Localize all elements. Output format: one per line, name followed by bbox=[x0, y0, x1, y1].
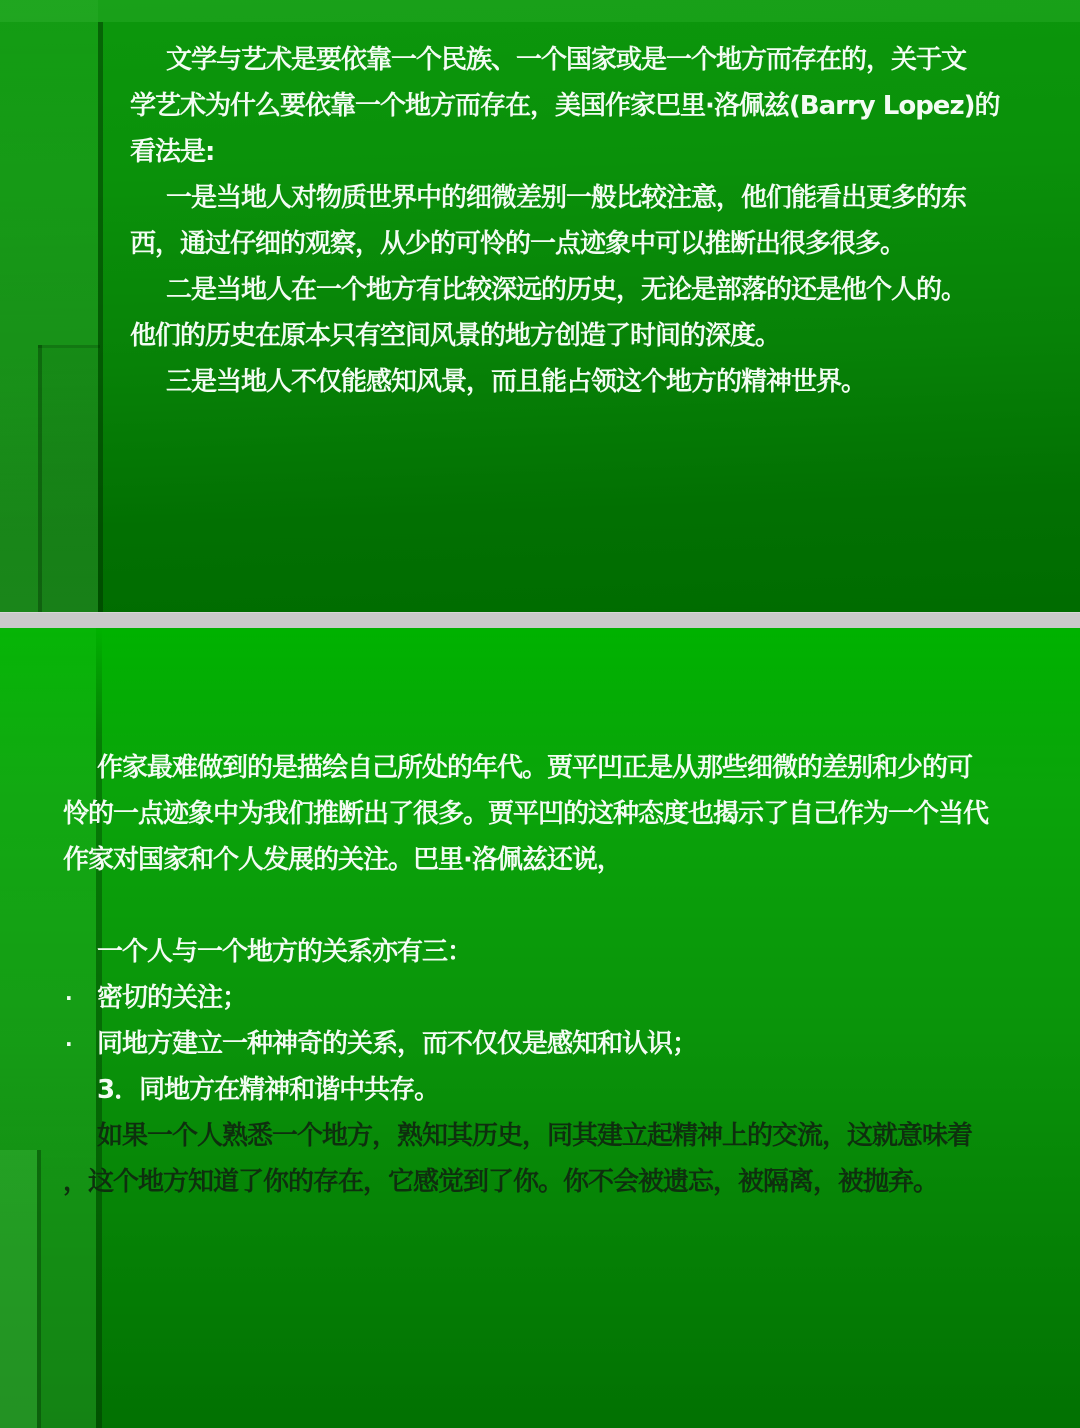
text-line: 三是当地人不仅能感知风景，而且能占领这个地方的精神世界。 bbox=[130, 359, 985, 405]
text-line: 作家对国家和个人发展的关注。巴里·洛佩兹还说， bbox=[63, 837, 995, 883]
bullet-item: · 同地方建立一种神奇的关系，而不仅仅是感知和认识； bbox=[63, 1021, 995, 1067]
text-line: 西，通过仔细的观察，从少的可怜的一点迹象中可以推断出很多很多。 bbox=[130, 221, 985, 267]
text-line: 一个人与一个地方的关系亦有三： bbox=[63, 929, 995, 975]
text-line: 他们的历史在原本只有空间风景的地方创造了时间的深度。 bbox=[130, 313, 985, 359]
slide-bottom: 作家最难做到的是描绘自己所处的年代。贾平凹正是从那些细微的差别和少的可 怜的一点… bbox=[0, 628, 1080, 1428]
bullet-item: · 密切的关注； bbox=[63, 975, 995, 1021]
text-line: 3．同地方在精神和谐中共存。 bbox=[63, 1067, 995, 1113]
bullet-text: 同地方建立一种神奇的关系，而不仅仅是感知和认识； bbox=[97, 1021, 697, 1067]
slides-view[interactable]: 文学与艺术是要依靠一个民族、一个国家或是一个地方而存在的，关于文 学艺术为什么要… bbox=[0, 0, 1080, 1428]
text-line: 一是当地人对物质世界中的细微差别一般比较注意，他们能看出更多的东 bbox=[130, 175, 985, 221]
text-line: 二是当地人在一个地方有比较深远的历史，无论是部落的还是他个人的。 bbox=[130, 267, 985, 313]
bullet-text: 密切的关注； bbox=[97, 975, 247, 1021]
text-line: 学艺术为什么要依靠一个地方而存在，美国作家巴里·洛佩兹(Barry Lopez)… bbox=[130, 83, 985, 129]
text-line: 怜的一点迹象中为我们推断出了很多。贾平凹的这种态度也揭示了自己作为一个当代 bbox=[63, 791, 995, 837]
blank-line bbox=[63, 883, 995, 929]
slide-top: 文学与艺术是要依靠一个民族、一个国家或是一个地方而存在的，关于文 学艺术为什么要… bbox=[0, 0, 1080, 612]
text-line: 看法是: bbox=[130, 129, 985, 175]
bullet-icon: · bbox=[63, 1021, 97, 1067]
slide-top-edge-band bbox=[0, 0, 1080, 22]
slide-separator bbox=[0, 612, 1080, 628]
text-line: 作家最难做到的是描绘自己所处的年代。贾平凹正是从那些细微的差别和少的可 bbox=[63, 745, 995, 791]
slide-top-text: 文学与艺术是要依靠一个民族、一个国家或是一个地方而存在的，关于文 学艺术为什么要… bbox=[0, 37, 1080, 405]
text-line-dark: ，这个地方知道了你的存在，它感觉到了你。你不会被遗忘，被隔离，被抛弃。 bbox=[63, 1159, 995, 1205]
text-line: 文学与艺术是要依靠一个民族、一个国家或是一个地方而存在的，关于文 bbox=[130, 37, 985, 83]
text-line-dark: 如果一个人熟悉一个地方，熟知其历史，同其建立起精神上的交流，这就意味着 bbox=[63, 1113, 995, 1159]
slide-bottom-text: 作家最难做到的是描绘自己所处的年代。贾平凹正是从那些细微的差别和少的可 怜的一点… bbox=[0, 745, 1080, 1205]
bullet-icon: · bbox=[63, 975, 97, 1021]
